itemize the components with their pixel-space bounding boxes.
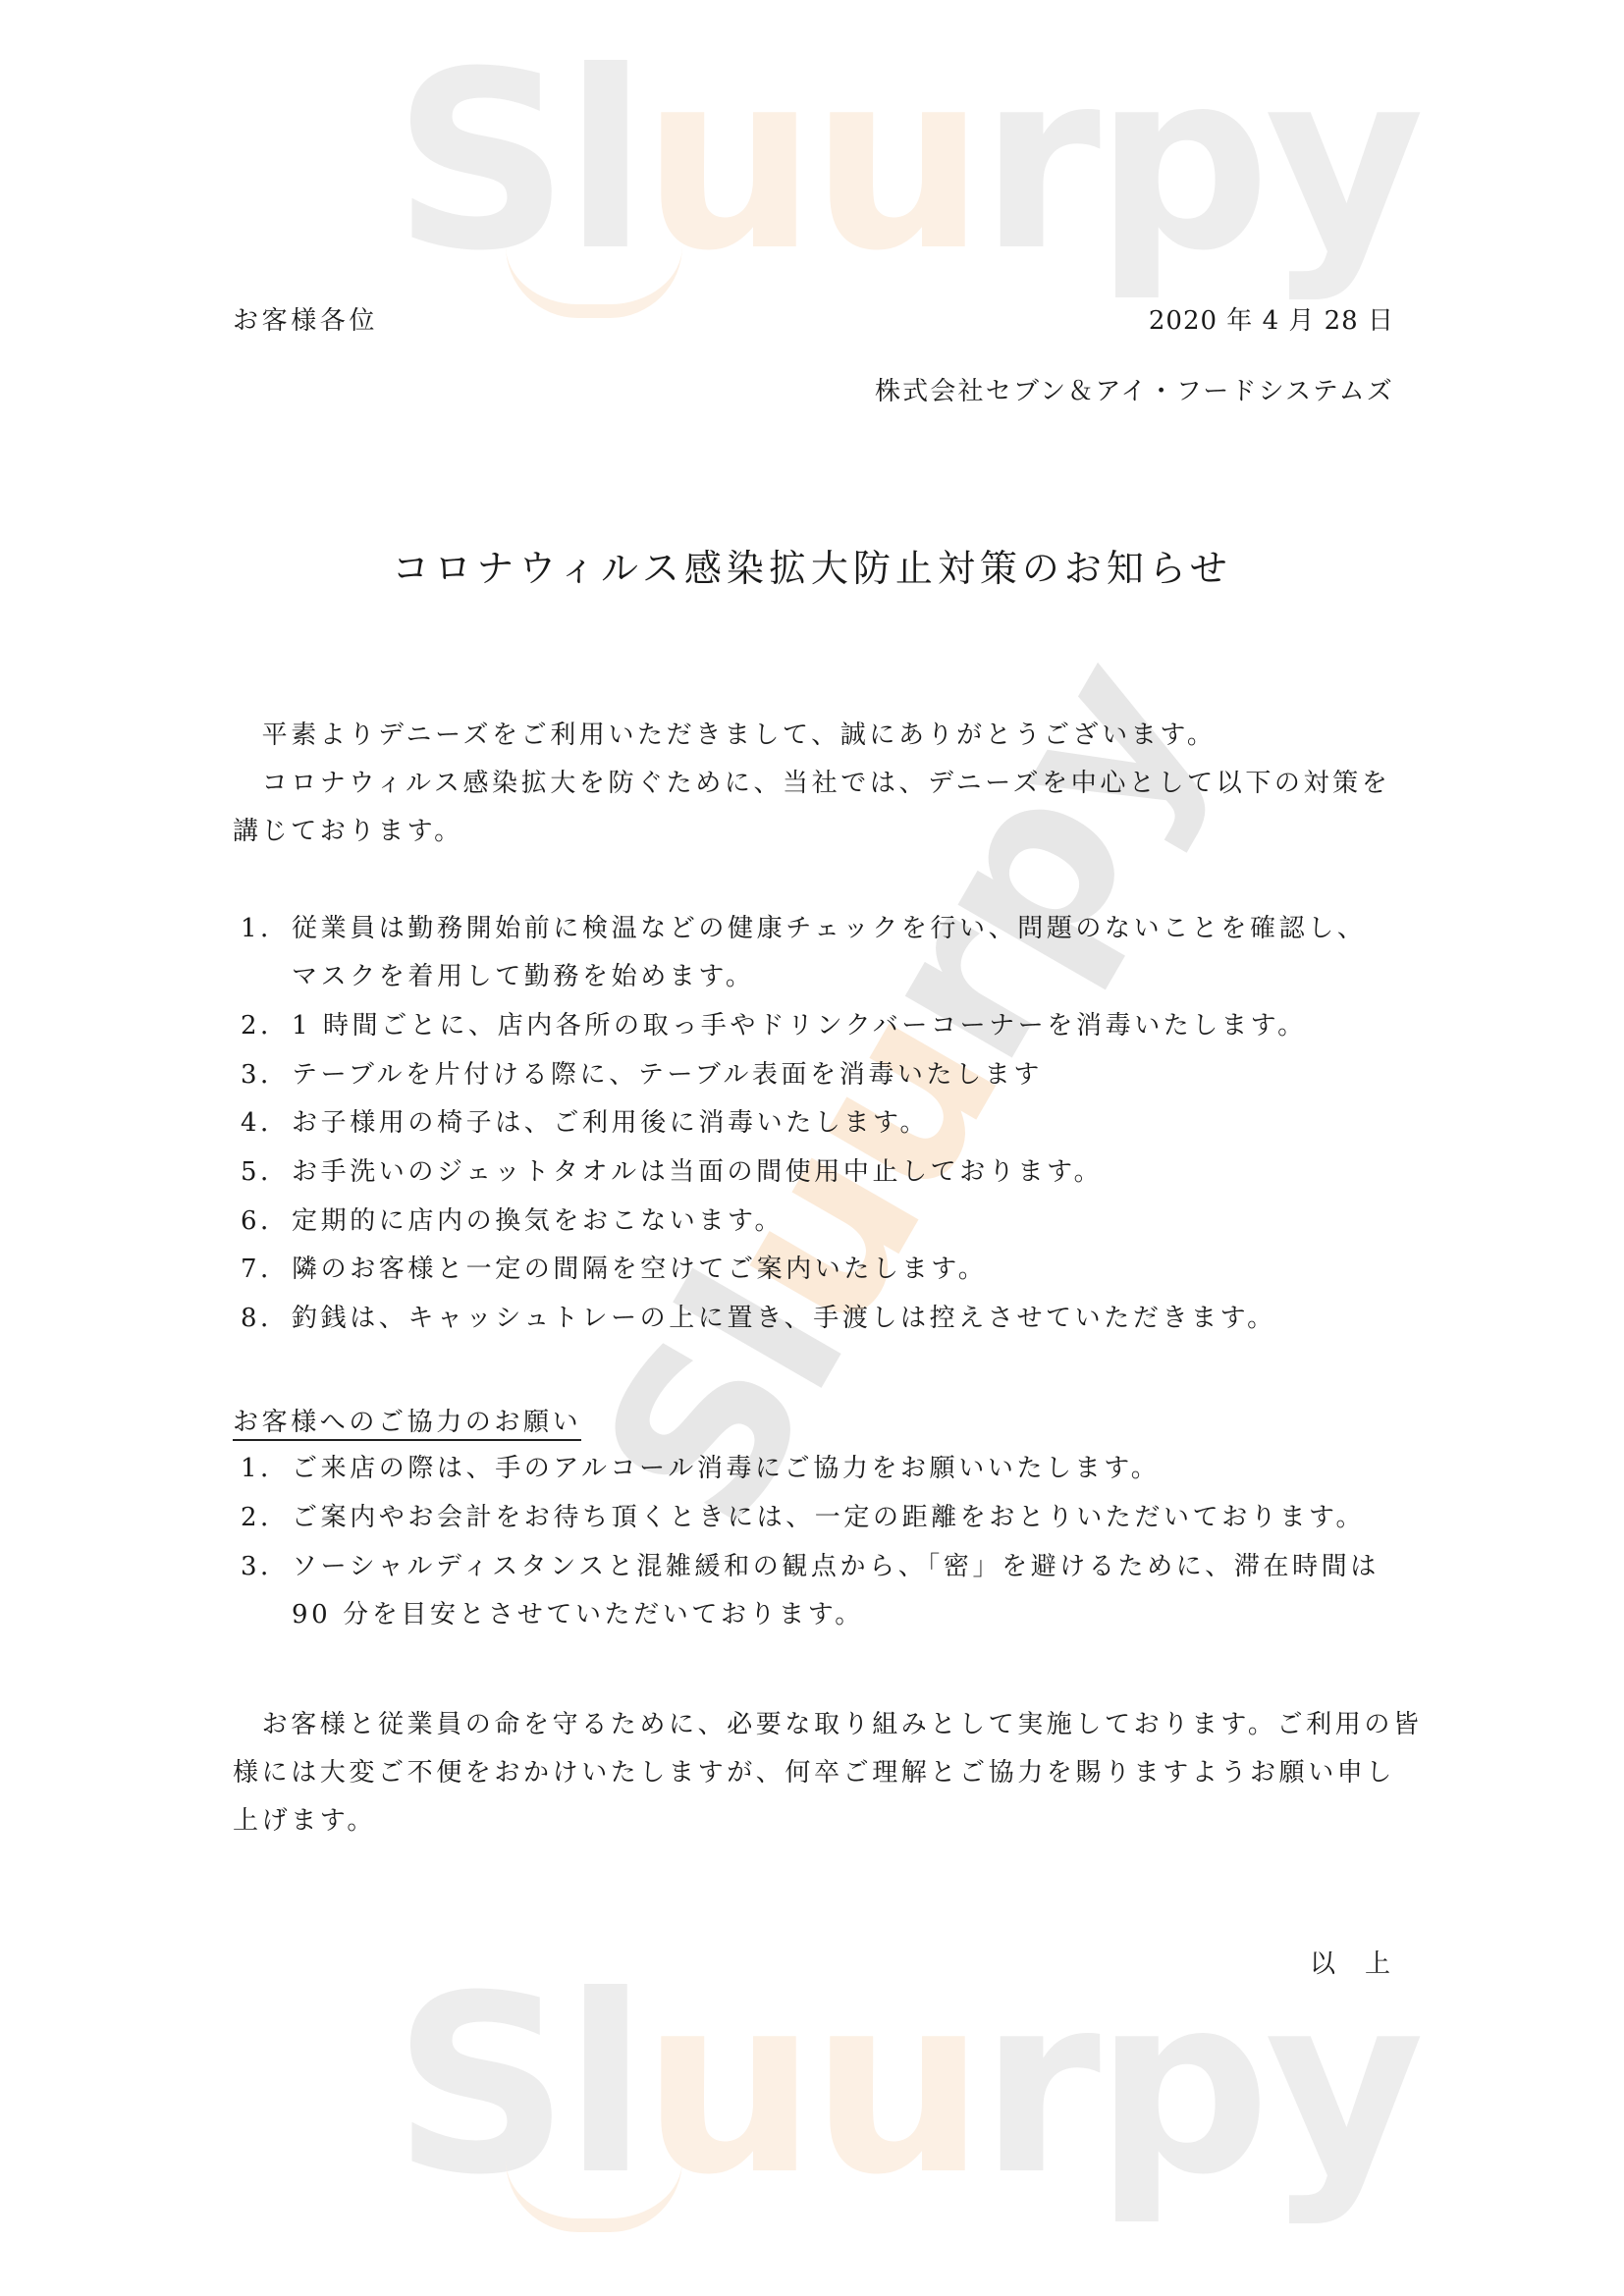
salutation: お客様各位 (233, 306, 378, 336)
closing-line-1: お客様と従業員の命を守るために、必要な取り組みとして実施しております。ご利用の皆 (233, 1710, 1423, 1739)
list-number: 8． (241, 1304, 292, 1333)
list-number: 5． (241, 1157, 292, 1187)
list-text: 従業員は勤務開始前に検温などの健康チェックを行い、問題のないことを確認し、 (292, 914, 1366, 943)
request-item-1: 1．ご来店の際は、手のアルコール消毒にご協力をお願いいたします。 (241, 1454, 1160, 1483)
list-number: 3． (241, 1552, 292, 1581)
measure-item-5: 5．お手洗いのジェットタオルは当面の間使用中止しております。 (241, 1157, 1103, 1187)
company-name: 株式会社セブン＆アイ・フードシステムズ (875, 377, 1394, 406)
list-text: 隣のお客様と一定の間隔を空けてご案内いたします。 (292, 1255, 987, 1284)
end-mark: 以 上 (1310, 1949, 1392, 1979)
list-text: 定期的に店内の換気をおこないます。 (292, 1206, 784, 1236)
requests-heading: お客様へのご協力のお願い (233, 1408, 581, 1441)
list-number: 7． (241, 1255, 292, 1284)
list-number: 2． (241, 1503, 292, 1532)
measure-item-6: 6．定期的に店内の換気をおこないます。 (241, 1206, 784, 1236)
list-number: 3． (241, 1060, 292, 1090)
list-number: 2． (241, 1011, 292, 1041)
closing-line-2: 様には大変ご不便をおかけいたしますが、何卒ご理解とご協力を賜りますようお願い申し (233, 1758, 1395, 1788)
document-title: コロナウィルス感染拡大防止対策のお知らせ (0, 546, 1624, 591)
list-number: 4． (241, 1108, 292, 1138)
closing-line-3: 上げます。 (233, 1806, 376, 1836)
measure-item-3: 3．テーブルを片付ける際に、テーブル表面を消毒いたします (241, 1060, 1043, 1090)
measure-item-7: 7．隣のお客様と一定の間隔を空けてご案内いたします。 (241, 1255, 987, 1284)
document-content: お客様各位 2020 年 4 月 28 日 株式会社セブン＆アイ・フードシステム… (0, 0, 1624, 2296)
measure-item-2: 2．1 時間ごとに、店内各所の取っ手やドリンクバーコーナーを消毒いたします。 (241, 1011, 1307, 1041)
measure-item-1-continuation: マスクを着用して勤務を始めます。 (292, 962, 755, 991)
list-text: ご案内やお会計をお待ち頂くときには、一定の距離をおとりいただいております。 (292, 1503, 1365, 1532)
intro-line-2: コロナウィルス感染拡大を防ぐために、当社では、デニーズを中心として以下の対策を (233, 769, 1390, 798)
list-text: 釣銭は、キャッシュトレーの上に置き、手渡しは控えさせていただきます。 (292, 1304, 1276, 1333)
list-text: テーブルを片付ける際に、テーブル表面を消毒いたします (292, 1060, 1043, 1090)
list-number: 1． (241, 914, 292, 943)
request-item-2: 2．ご案内やお会計をお待ち頂くときには、一定の距離をおとりいただいております。 (241, 1503, 1365, 1532)
intro-line-1: 平素よりデニーズをご利用いただきまして、誠にありがとうございます。 (233, 721, 1216, 750)
list-number: 6． (241, 1206, 292, 1236)
list-text: ご来店の際は、手のアルコール消毒にご協力をお願いいたします。 (292, 1454, 1160, 1483)
list-text: ソーシャルディスタンスと混雑緩和の観点から、「密」を避けるために、滞在時間は (292, 1552, 1380, 1581)
list-text: お手洗いのジェットタオルは当面の間使用中止しております。 (292, 1157, 1103, 1187)
document-page: Sluurpy Sluurpy Sluurpy お客様各位 2020 年 4 月… (0, 0, 1624, 2296)
request-item-3: 3．ソーシャルディスタンスと混雑緩和の観点から、「密」を避けるために、滞在時間は (241, 1552, 1380, 1581)
request-item-3-continuation: 90 分を目安とさせていただいております。 (292, 1600, 864, 1629)
document-date: 2020 年 4 月 28 日 (1149, 306, 1394, 336)
measure-item-4: 4．お子様用の椅子は、ご利用後に消毒いたします。 (241, 1108, 929, 1138)
measure-item-8: 8．釣銭は、キャッシュトレーの上に置き、手渡しは控えさせていただきます。 (241, 1304, 1276, 1333)
measure-item-1: 1．従業員は勤務開始前に検温などの健康チェックを行い、問題のないことを確認し、 (241, 914, 1366, 943)
list-text: お子様用の椅子は、ご利用後に消毒いたします。 (292, 1108, 929, 1138)
list-number: 1． (241, 1454, 292, 1483)
list-text: 1 時間ごとに、店内各所の取っ手やドリンクバーコーナーを消毒いたします。 (292, 1011, 1307, 1041)
intro-line-3: 講じております。 (233, 817, 463, 846)
